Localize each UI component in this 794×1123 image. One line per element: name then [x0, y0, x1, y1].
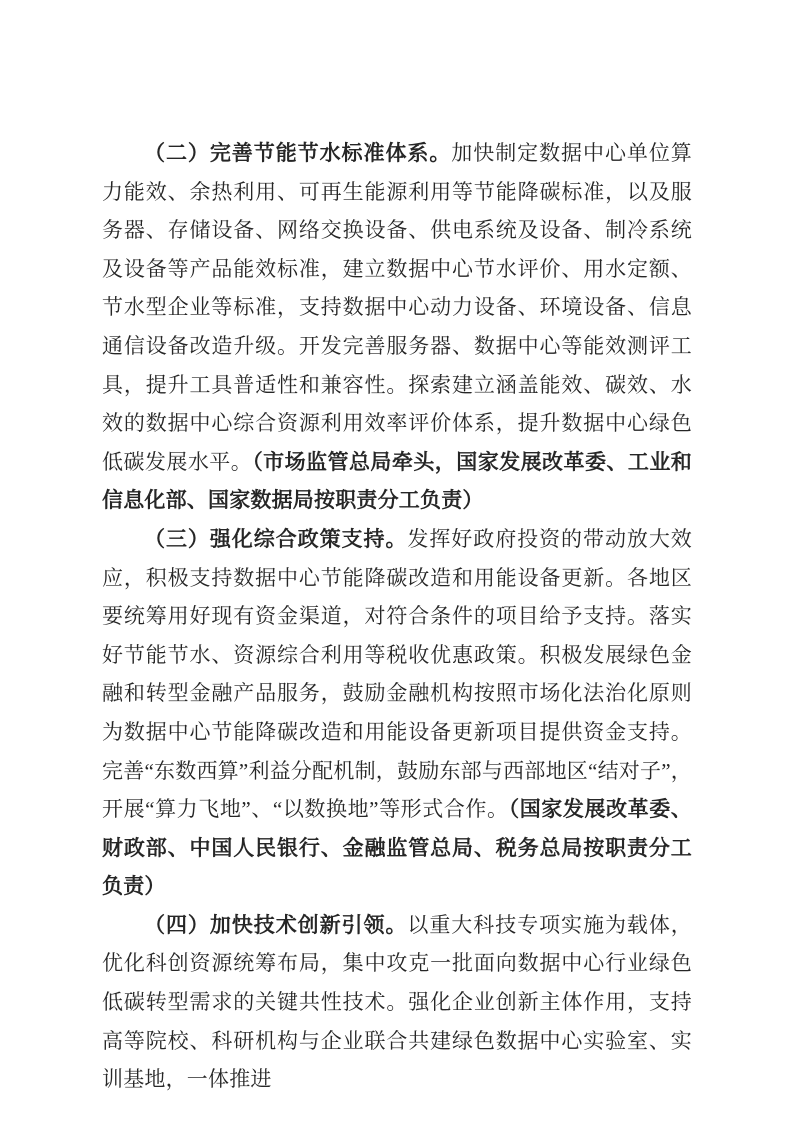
text-segment: 以重大科技专项实施为载体，优化科创资源统筹布局，集中攻克一批面向数据中心行业绿色… [102, 913, 692, 1091]
text-segment-bold: （四）加快技术创新引领。 [144, 913, 407, 937]
paragraph: （二）完善节能节水标准体系。加快制定数据中心单位算力能效、余热利用、可再生能源利… [102, 134, 692, 520]
text-segment: 加快制定数据中心单位算力能效、余热利用、可再生能源利用等节能降碳标准，以及服务器… [102, 141, 692, 474]
document-body: （二）完善节能节水标准体系。加快制定数据中心单位算力能效、余热利用、可再生能源利… [102, 134, 692, 1099]
paragraph: （三）强化综合政策支持。发挥好政府投资的带动放大效应，积极支持数据中心节能降碳改… [102, 520, 692, 906]
document-page: （二）完善节能节水标准体系。加快制定数据中心单位算力能效、余热利用、可再生能源利… [0, 0, 794, 1123]
paragraph: （四）加快技术创新引领。以重大科技专项实施为载体，优化科创资源统筹布局，集中攻克… [102, 906, 692, 1099]
text-segment-bold: （三）强化综合政策支持。 [144, 527, 407, 551]
text-segment: 发挥好政府投资的带动放大效应，积极支持数据中心节能降碳改造和用能设备更新。各地区… [102, 527, 692, 821]
text-segment-bold: （二）完善节能节水标准体系。 [144, 141, 451, 165]
